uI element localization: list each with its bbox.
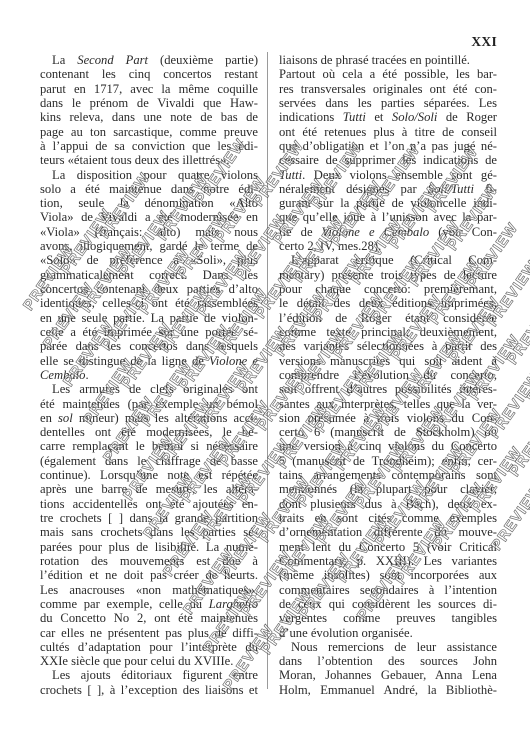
document-page: XXI La Second Part (deuxième partie)cont…: [0, 0, 530, 750]
text-line: 5 (manuscrit de Trondheim); enfin, cer-: [279, 454, 497, 468]
text-line: Tutti. Deux violons ensemble sont gé-: [279, 168, 497, 182]
text-line: «Viola» (français: alto) mais nous: [40, 225, 258, 239]
text-line: en une seule partie. La partie de violon…: [40, 311, 258, 325]
text-line: liaisons de phrasé tracées en pointillé.: [279, 53, 497, 67]
text-line: Commentary, p. XXIII). Les variantes: [279, 554, 497, 568]
watermark-text: PREVIEW: [526, 446, 530, 518]
text-line: d’une évolution organisée.: [279, 626, 497, 640]
text-line: concertos contenant deux parties d’alto: [40, 282, 258, 296]
text-line: res transversales originales ont été con…: [279, 82, 497, 96]
text-line: Viola» de Vivaldi a été modernisée en: [40, 210, 258, 224]
text-line: de ceux qui considèrent les sources di-: [279, 597, 497, 611]
text-line: page au ton sarcastique, comme preuve: [40, 125, 258, 139]
text-line: celle a été imprimée sur une portée sé-: [40, 325, 258, 339]
text-line: Nous remercions de leur assistance: [279, 640, 497, 654]
text-line: La Second Part (deuxième partie): [40, 53, 258, 67]
text-line: parée dans les concertos dans lesquels: [40, 339, 258, 353]
text-line: du Concetto No 2, ont été maintenues: [40, 611, 258, 625]
text-line: parut en 1717, avec la même coquille: [40, 82, 258, 96]
text-line: à l’appui de sa conviction que les édi-: [40, 139, 258, 153]
text-line: mais sans crochets dans les parties sé-: [40, 525, 258, 539]
text-line: carre remplaçant le bémol si nécessaire: [40, 439, 258, 453]
text-line: car elles ne présentent pas plus de diff…: [40, 626, 258, 640]
text-line: cultés d’adaptation pour l’interprète du: [40, 640, 258, 654]
text-line: mentionnés (la plupart pour clavier,: [279, 482, 497, 496]
text-line: tie de Violone e Cembalo (voir Con-: [279, 225, 497, 239]
text-line: avons, illogiquement, gardé le terme de: [40, 239, 258, 253]
text-line: santes aux interprètes, telles que la ve…: [279, 397, 497, 411]
text-line: (également dans le chiffrage de basse: [40, 454, 258, 468]
text-line: grammaticalement correct. Dans les: [40, 268, 258, 282]
text-line: tre crochets [ ] dans la grande partitio…: [40, 511, 258, 525]
text-line: cessaire de supprimer les indications de: [279, 153, 497, 167]
page-number: XXI: [471, 34, 497, 50]
text-line: certo 6 (manuscrit de Stockholm) ou: [279, 425, 497, 439]
watermark-text: PREVIEW: [506, 408, 530, 480]
text-line: ment lent du Concerto 5 (voir Critical: [279, 540, 497, 554]
text-line: La disposition pour quatre violons: [40, 168, 258, 182]
text-line: servées dans les parties séparées. Les: [279, 96, 497, 110]
text-line: Les anacrouses «non mathématiques»,: [40, 583, 258, 597]
watermark-text: PREVIEW: [504, 296, 530, 368]
text-line: Cembalo.: [40, 368, 258, 382]
column-divider: [267, 52, 268, 689]
text-line: traits en sont cités comme exemples: [279, 511, 497, 525]
text-line: parées pour plus de lisibilité. La numé-: [40, 540, 258, 554]
text-line: dans l’obtention des sources John: [279, 654, 497, 668]
text-line: dont plusieurs dus à Bach), deux ex-: [279, 497, 497, 511]
text-line: sion présumée à trois violons du Con-: [279, 411, 497, 425]
text-line: pour chaque concerto: premièremant,: [279, 282, 497, 296]
text-line: Les armures de clefs originales ont: [40, 382, 258, 396]
text-line: tion, seule la dénomination «Alto: [40, 196, 258, 210]
text-line: le détail des deux éditions imprimées,: [279, 296, 497, 310]
text-line: comprendre l’évolution du concerto,: [279, 368, 497, 382]
text-line: après une barre de mesure, les altéra-: [40, 482, 258, 496]
text-line: identiques, celles-ci ont été rassemblée…: [40, 296, 258, 310]
text-line: continue). Lorsqu’une note est répétée: [40, 468, 258, 482]
text-line: tions accidentelles ont été ajoutées en-: [40, 497, 258, 511]
text-line: dans le prénom de Vivaldi que Haw-: [40, 96, 258, 110]
text-line: d’ornementation différente du mouve-: [279, 525, 497, 539]
text-line: l’édition et ne doit pas créer de heurts…: [40, 568, 258, 582]
text-line: tains arrangements contemporains sont: [279, 468, 497, 482]
text-line: gurant sur la partie de violoncelle indi…: [279, 196, 497, 210]
text-line: comme par exemple, celle du Larghetto: [40, 597, 258, 611]
text-line: été maintenues (par exemple un bémol: [40, 397, 258, 411]
watermark-text: PREVIEW: [524, 334, 530, 406]
text-line: que qu’elle joue à l’unisson avec la par…: [279, 210, 497, 224]
text-line: contenant les cinq concertos restant: [40, 67, 258, 81]
text-line: teurs «étaient tous deux des illettrés».: [40, 153, 258, 167]
text-line: versions manuscrites qui soit aident à: [279, 354, 497, 368]
left-text-column: La Second Part (deuxième partie)contenan…: [40, 53, 258, 697]
text-line: néralement désignés par Soli/Tutti fi-: [279, 182, 497, 196]
text-line: «Solo» de préférence à «Soli», plus: [40, 253, 258, 267]
text-line: rotation des mouvements est due à: [40, 554, 258, 568]
text-line: commentaires secondaires à l’intention: [279, 583, 497, 597]
text-line: Moran, Johannes Gebauer, Anna Lena: [279, 668, 497, 682]
text-line: une version à cinq violons du Concerto: [279, 439, 497, 453]
text-line: solo a été maintenue dans notre édi-: [40, 182, 258, 196]
text-line: elle se distingue de la ligne de Violone…: [40, 354, 258, 368]
text-line: Partout où cela a été possible, les bar-: [279, 67, 497, 81]
text-line: ont été retenues plus à titre de conseil: [279, 125, 497, 139]
text-line: Les ajouts éditoriaux figurent entre: [40, 668, 258, 682]
text-line: crochets [ ], à l’exception des liaisons…: [40, 683, 258, 697]
text-line: comme texte principal; deuxièmement,: [279, 325, 497, 339]
text-line: vergentes comme preuves tangibles: [279, 611, 497, 625]
right-text-column: liaisons de phrasé tracées en pointillé.…: [279, 53, 497, 697]
text-line: soit offrent d’autres possibilités intér…: [279, 382, 497, 396]
text-line: kins releva, dans une note de bas de: [40, 110, 258, 124]
text-line: mentary) présente trois types de lecture: [279, 268, 497, 282]
text-line: L’apparat critique (Critical Com-: [279, 253, 497, 267]
text-line: dentelles ont été modernisées, le bé-: [40, 425, 258, 439]
text-line: indications Tutti et Solo/Soli de Roger: [279, 110, 497, 124]
text-line: en sol mineur) mais les altérations acci…: [40, 411, 258, 425]
text-line: (même insolites) sont incorporées aux: [279, 568, 497, 582]
text-line: des variantes sélectionnées à partir des: [279, 339, 497, 353]
text-line: l’édition de Roger étant considérée: [279, 311, 497, 325]
text-line: XXIe siècle que pour celui du XVIIIe.: [40, 654, 258, 668]
text-line: certo 2, IV, mes.28).: [279, 239, 497, 253]
text-line: Holm, Emmanuel André, la Bibliothè-: [279, 683, 497, 697]
text-line: que d’obligation et l’on n’a pas jugé né…: [279, 139, 497, 153]
